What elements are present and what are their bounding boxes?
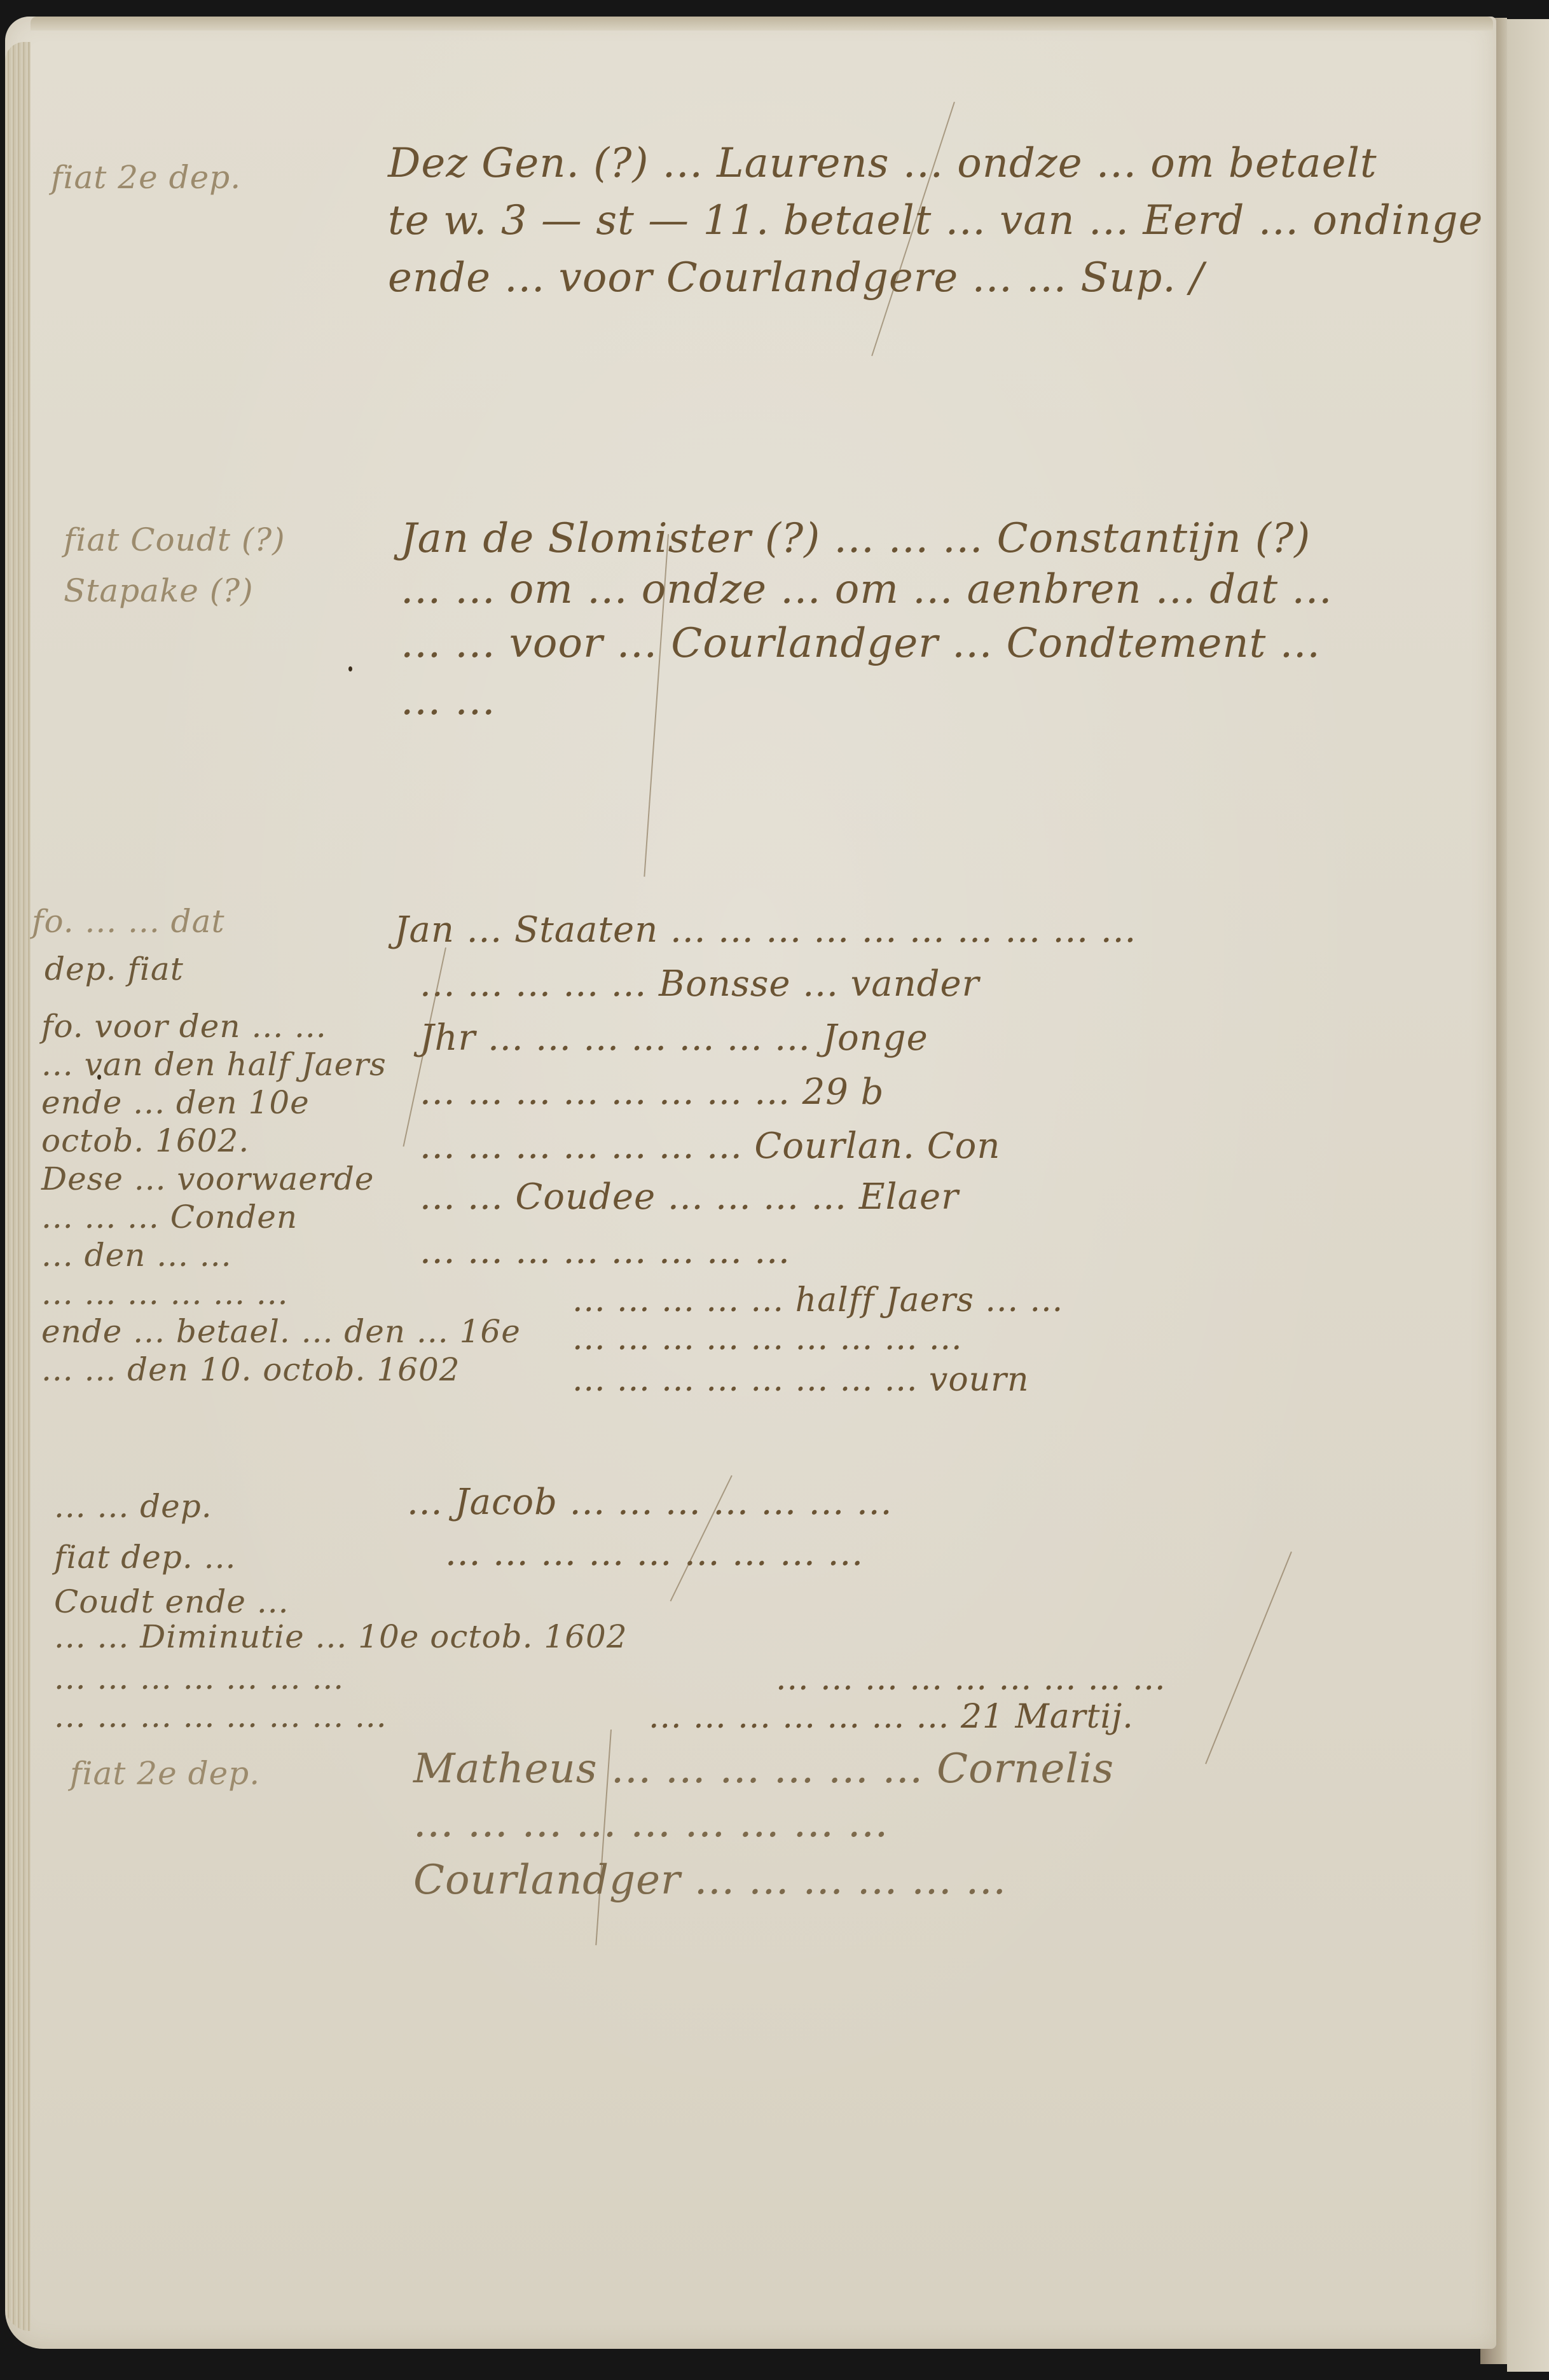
- entry-4-margin-line-3: Coudt ende ...: [54, 1583, 289, 1620]
- entry-4-margin-line-2: fiat dep. ...: [54, 1539, 236, 1576]
- entry-3-line-3: Jhr ... ... ... ... ... ... ... Jonge: [420, 1017, 928, 1059]
- entry-4-line-1: ... Jacob ... ... ... ... ... ... ...: [407, 1482, 892, 1523]
- entry-1-line-3: ende ... voor Courlandgere ... ... Sup. …: [388, 254, 1204, 301]
- entry-3-line-9: ... ... ... ... ... ... ... ... ...: [572, 1319, 963, 1358]
- entry-3-line-8: ... ... ... ... ... halff Jaers ... ...: [572, 1281, 1063, 1319]
- entry-2-line-1: Jan de Slomister (?) ... ... ... Constan…: [401, 515, 1311, 562]
- entry-4-line-3: ... ... ... ... ... ... ... ... ...: [776, 1660, 1166, 1698]
- entry-4-margin-line-6: ... ... ... ... ... ... ... ...: [54, 1698, 387, 1735]
- entry-5-line-3: Courlandger ... ... ... ... ... ...: [413, 1857, 1007, 1904]
- entry-3-margin-line-4: ... van den half Jaers: [41, 1046, 387, 1083]
- page-top-edge: [31, 17, 1493, 31]
- entry-4-margin-line-4: ... ... Diminutie ... 10e octob. 1602: [54, 1618, 628, 1655]
- entry-3-line-6: ... ... Coudee ... ... ... ... Elaer: [420, 1176, 959, 1218]
- entry-3-margin-line-11: ende ... betael. ... den ... 16e: [41, 1313, 521, 1350]
- entry-3-margin-line-5: ende ... den 10e: [41, 1084, 310, 1121]
- entry-1-line-1: Dez Gen. (?) ... Laurens ... ondze ... o…: [388, 140, 1377, 187]
- entry-2-line-4: ... ...: [401, 677, 495, 724]
- entry-2-line-2: ... ... om ... ondze ... om ... aenbren …: [401, 566, 1333, 613]
- entry-2-margin-line-1: fiat Coudt (?): [64, 521, 286, 558]
- entry-1-line-2: te w. 3 — st — 11. betaelt ... van ... E…: [388, 197, 1483, 244]
- page-stack-edge: [5, 42, 31, 2331]
- entry-4-line-2: ... ... ... ... ... ... ... ... ...: [445, 1532, 864, 1574]
- entry-2-line-3: ... ... voor ... Courlandger ... Condtem…: [401, 620, 1321, 667]
- entry-3-line-4: ... ... ... ... ... ... ... ... 29 b: [420, 1071, 885, 1113]
- entry-4-line-4: ... ... ... ... ... ... ... 21 Martij.: [649, 1698, 1134, 1736]
- entry-2-margin-line-2: Stapake (?): [64, 572, 254, 609]
- facing-page-edge: [1507, 19, 1549, 2372]
- entry-3-margin-line-3: fo. voor den ... ...: [41, 1008, 327, 1045]
- entry-3-margin-line-12: ... ... den 10. octob. 1602: [41, 1351, 460, 1388]
- entry-3-line-7: ... ... ... ... ... ... ... ...: [420, 1230, 790, 1272]
- entry-3-line-2: ... ... ... ... ... Bonsse ... vander: [420, 963, 979, 1005]
- entry-4-margin-line-1: ... ... dep.: [54, 1488, 212, 1525]
- entry-3-margin-line-8: ... ... ... Conden: [41, 1199, 298, 1235]
- entry-4-margin-line-5: ... ... ... ... ... ... ...: [54, 1660, 344, 1696]
- entry-3-margin-line-1: fo. ... ... dat: [32, 903, 225, 940]
- entry-5-line-2: ... ... ... ... ... ... ... ... ...: [413, 1799, 888, 1847]
- entry-3-line-10: ... ... ... ... ... ... ... ... vourn: [572, 1361, 1029, 1399]
- entry-3-margin-line-6: octob. 1602.: [41, 1122, 249, 1159]
- entry-3-line-5: ... ... ... ... ... ... ... Courlan. Con: [420, 1125, 1000, 1167]
- entry-5-line-1: Matheus ... ... ... ... ... ... Cornelis: [413, 1745, 1114, 1792]
- ink-speck: [348, 666, 352, 671]
- entry-1-margin-line-1: fiat 2e dep.: [51, 159, 241, 196]
- entry-3-line-1: Jan ... Staaten ... ... ... ... ... ... …: [394, 909, 1136, 951]
- entry-3-margin-line-9: ... den ... ...: [41, 1237, 232, 1274]
- entry-3-margin-line-7: Dese ... voorwaerde: [41, 1160, 374, 1197]
- ink-speck: [97, 1075, 101, 1080]
- entry-3-margin-line-10: ... ... ... ... ... ...: [41, 1275, 289, 1312]
- entry-5-margin-line-1: fiat 2e dep.: [70, 1755, 260, 1792]
- entry-3-margin-line-2: dep. fiat: [45, 951, 184, 987]
